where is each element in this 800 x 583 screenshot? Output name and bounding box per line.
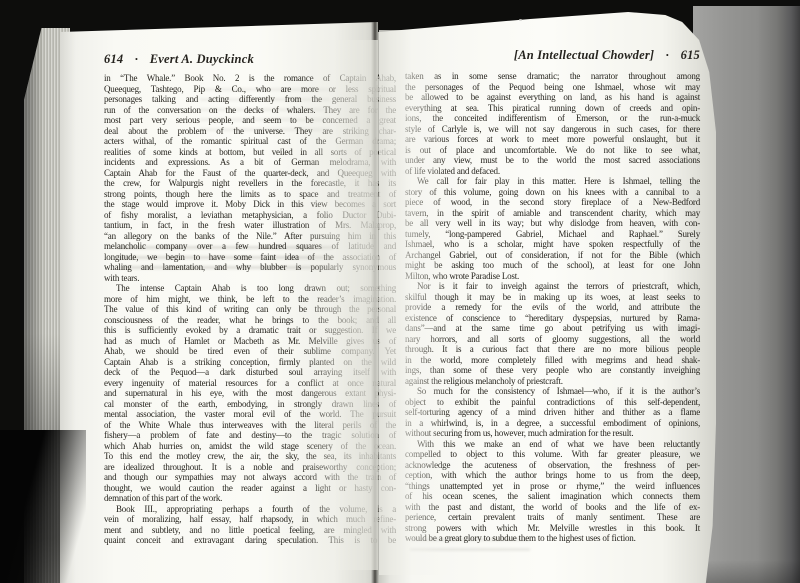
left-page-gutter-fade (300, 40, 378, 570)
right-header-title: [An Intellectual Chowder] (514, 48, 654, 62)
background-right-bottom-shadow (693, 560, 800, 583)
bottom-left-shadow (0, 430, 86, 583)
dust-speck (519, 19, 522, 21)
right-page-gutter-fade (379, 30, 451, 575)
header-separator-dot: · (134, 52, 138, 67)
left-page-number: 614 (104, 52, 123, 66)
right-page-number: 615 (681, 48, 700, 62)
left-header-author: Evert A. Duyckinck (150, 52, 254, 66)
header-separator-dot: · (665, 48, 669, 63)
open-book-photograph: 614·Evert A. Duyckinck [An Intellectual … (0, 0, 800, 583)
